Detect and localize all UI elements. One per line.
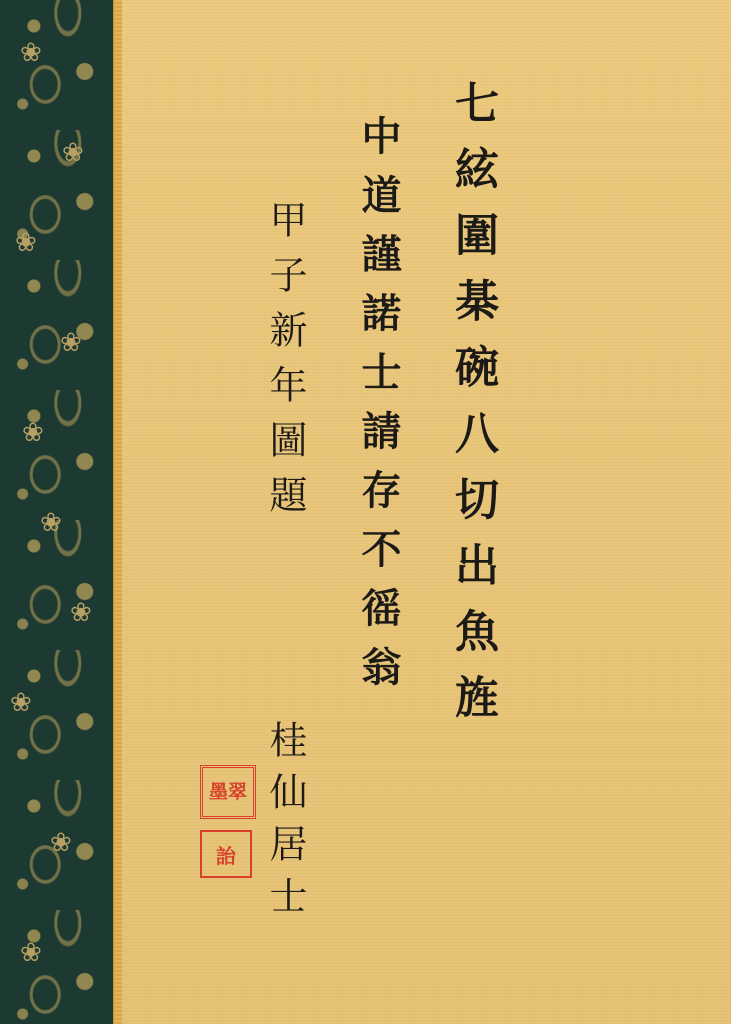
brocade-border: ❀ ❀ ❀ ❀ ❀ ❀ ❀ ❀ ❀ ❀ <box>0 0 113 1024</box>
flower-icon: ❀ <box>15 230 37 256</box>
flower-icon: ❀ <box>62 140 84 166</box>
calligraphy-column-3: 甲子新年圖題 <box>258 200 313 530</box>
flower-icon: ❀ <box>60 330 82 356</box>
seal-stamp-1: 墨翠 <box>200 765 256 819</box>
flower-icon: ❀ <box>10 690 32 716</box>
seal-stamp-2: 詒 <box>200 830 252 878</box>
flower-icon: ❀ <box>22 420 44 446</box>
artist-signature: 桂仙居士 <box>258 720 313 928</box>
calligraphy-column-1: 七絃圍棊碗八切出魚旌 <box>440 80 504 740</box>
flower-icon: ❀ <box>20 40 42 66</box>
flower-icon: ❀ <box>20 940 42 966</box>
flower-icon: ❀ <box>50 830 72 856</box>
calligraphy-column-2: 中道謹諾士請存不徭翁 <box>350 115 407 705</box>
flower-icon: ❀ <box>70 600 92 626</box>
flower-icon: ❀ <box>40 510 62 536</box>
